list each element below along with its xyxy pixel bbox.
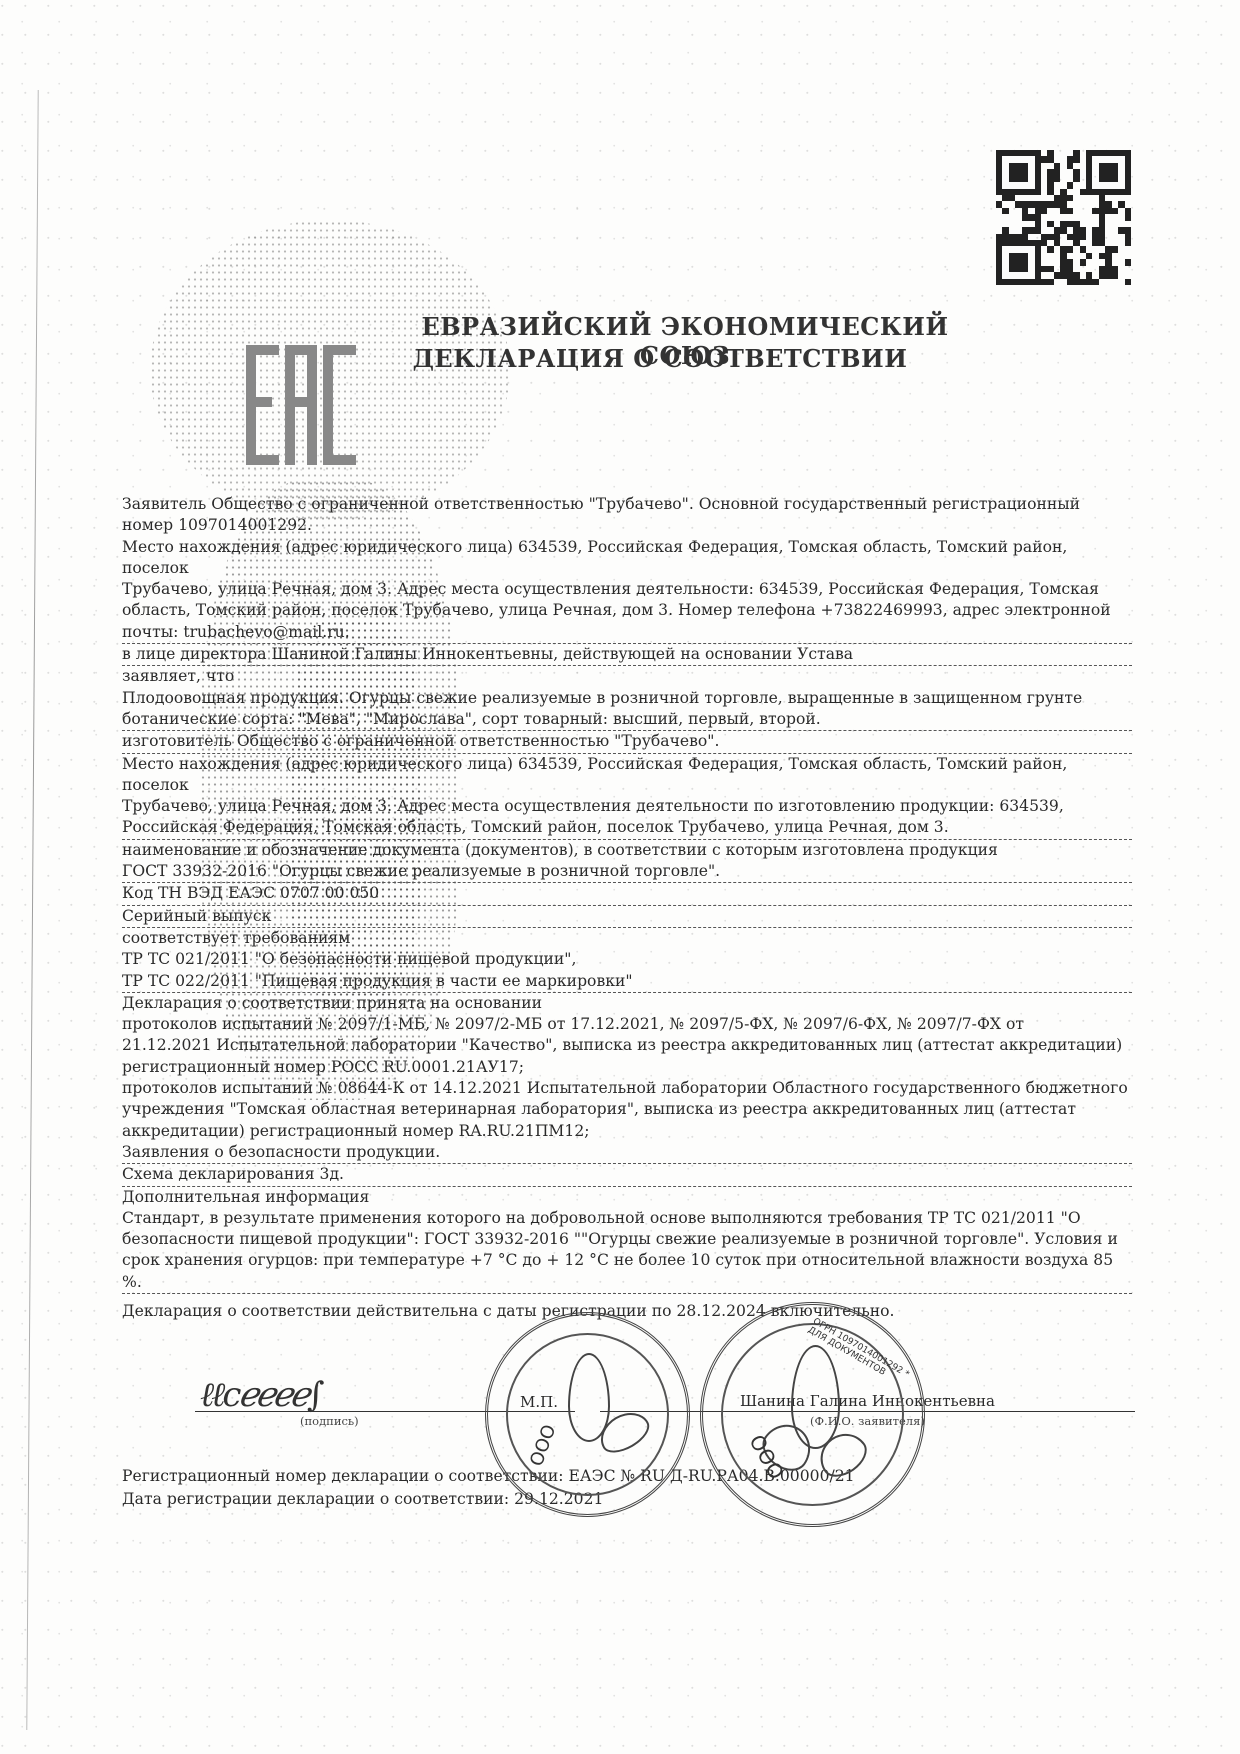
manufacturer-line: Место нахождения (адрес юридического лиц…	[122, 754, 1132, 797]
applicant-representative: в лице директора Шаниной Галины Иннокент…	[122, 644, 1132, 666]
document-title: ДЕКЛАРАЦИЯ О СООТВЕТСТВИИ	[360, 344, 960, 373]
company-stamp-right: ООО ОГРН 1097014001292 * ДЛЯ ДОКУМЕНТОВ	[700, 1302, 925, 1527]
standard-doc-line: ГОСТ 33932-2016 "Огурцы свежие реализуем…	[122, 861, 1132, 883]
basis-line: Заявления о безопасности продукции.	[122, 1142, 1132, 1164]
applicant-line: номер 1097014001292.	[122, 515, 1132, 536]
company-stamp-left: ООО	[485, 1312, 690, 1517]
manufacturer-line: Трубачево, улица Речная, дом 3. Адрес ме…	[122, 796, 1132, 817]
additional-line: Стандарт, в результате применения которо…	[122, 1208, 1132, 1229]
declaration-body: Заявитель Общество с ограниченной ответс…	[122, 494, 1132, 1294]
product-line: ботанические сорта: "Мева", "Мирослава",…	[122, 709, 1132, 731]
additional-line: безопасности пищевой продукции": ГОСТ 33…	[122, 1229, 1132, 1250]
basis-title: Декларация о соответствии принята на осн…	[122, 993, 1132, 1014]
serial-label: Серийный выпуск	[122, 906, 1132, 928]
regulation-line: ТР ТС 022/2011 "Пищевая продукция в част…	[122, 971, 1132, 993]
basis-line: регистрационный номер РОСС RU.0001.21АУ1…	[122, 1057, 1132, 1078]
product-line: Плодоовощная продукция. Огурцы свежие ре…	[122, 688, 1132, 709]
signature-mark: ℓℓcℯℯℯℯ∫	[200, 1375, 322, 1415]
basis-line: протоколов испытаний № 2097/1-МБ, № 2097…	[122, 1014, 1132, 1035]
tn-ved-code: Код ТН ВЭД ЕАЭС 0707 00 050	[122, 883, 1132, 905]
registration-number-label: Регистрационный номер декларации о соотв…	[122, 1467, 563, 1485]
basis-line: 21.12.2021 Испытательной лаборатории "Ка…	[122, 1035, 1132, 1056]
basis-line: аккредитации) регистрационный номер RA.R…	[122, 1121, 1132, 1142]
applicant-line: Трубачево, улица Речная, дом 3. Адрес ме…	[122, 579, 1132, 600]
additional-line: срок хранения огурцов: при температуре +…	[122, 1250, 1132, 1294]
applicant-email: почты: trubachevo@mail.ru.	[122, 622, 1132, 644]
compliance-intro: соответствует требованиям	[122, 928, 1132, 949]
registration-date-label: Дата регистрации декларации о соответств…	[122, 1490, 509, 1508]
applicant-line: Место нахождения (адрес юридического лиц…	[122, 537, 1132, 580]
applicant-line: область, Томский район, поселок Трубачев…	[122, 600, 1132, 621]
manufacturer-line: изготовитель Общество с ограниченной отв…	[122, 731, 1132, 753]
additional-title: Дополнительная информация	[122, 1187, 1132, 1208]
page-edge	[26, 90, 38, 1730]
manufacturer-line: Российская Федерация, Томская область, Т…	[122, 817, 1132, 839]
standard-doc-line: наименование и обозначение документа (до…	[122, 840, 1132, 861]
applicant-line: Заявитель Общество с ограниченной ответс…	[122, 494, 1132, 515]
basis-line: учреждения "Томская областная ветеринарн…	[122, 1099, 1132, 1120]
qr-code-icon	[996, 150, 1131, 285]
declares-label: заявляет, что	[122, 666, 1132, 687]
regulation-line: ТР ТС 021/2011 "О безопасности пищевой п…	[122, 949, 1132, 970]
eac-logo-icon	[246, 345, 356, 465]
scheme-line: Схема декларирования 3д.	[122, 1164, 1132, 1186]
signature-caption: (подпись)	[300, 1414, 359, 1428]
basis-line: протоколов испытаний № 08644-К от 14.12.…	[122, 1078, 1132, 1099]
